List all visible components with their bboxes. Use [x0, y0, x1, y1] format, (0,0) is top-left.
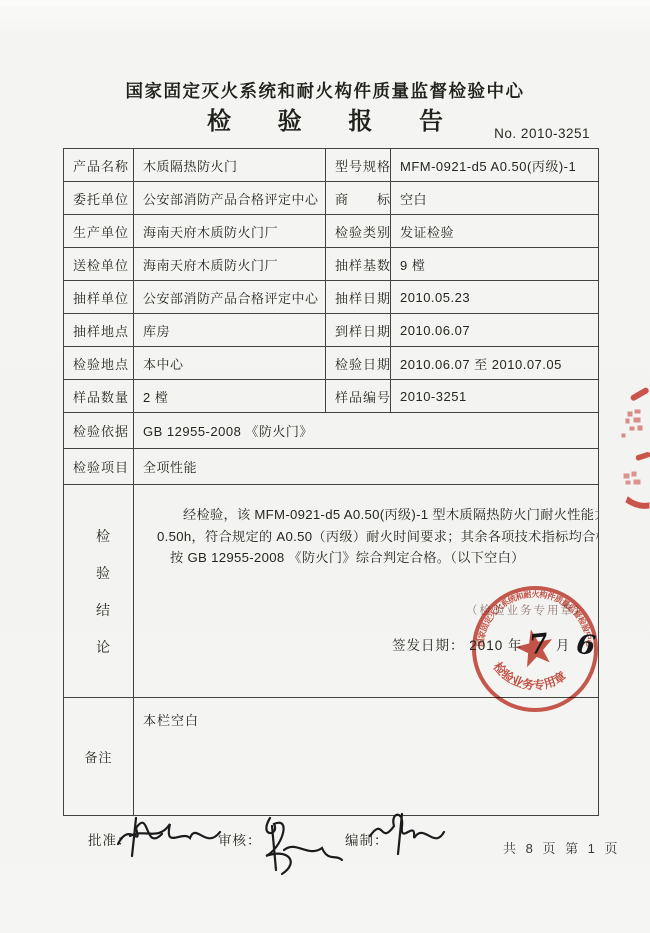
- table-row-basis: 检验依据 GB 12955-2008 《防火门》: [64, 413, 599, 449]
- field-value: 2010.06.07 至 2010.07.05: [391, 347, 599, 380]
- table-row: 生产单位 海南天府木质防火门厂 检验类别 发证检验: [64, 215, 599, 248]
- prepare-label: 编制：: [345, 829, 389, 849]
- handwritten-month: 7: [528, 628, 551, 661]
- sign-date-month-unit: 月: [556, 638, 571, 653]
- field-label: 生产单位: [64, 215, 134, 248]
- scan-edge: [0, 0, 650, 6]
- field-label: 型号规格: [326, 149, 391, 182]
- field-label: 检验日期: [326, 347, 391, 380]
- sign-date-line: 签发日期： 2010 年 7 月 6 日: [392, 626, 599, 657]
- field-label: 委托单位: [64, 182, 134, 215]
- report-number: No. 2010-3251: [494, 126, 590, 141]
- conclusion-label-char: 检: [96, 526, 110, 546]
- field-value: 海南天府木质防火门厂: [134, 215, 326, 248]
- table-row: 送检单位 海南天府木质防火门厂 抽样基数 9 樘: [64, 248, 599, 281]
- partial-stamp-fragment-icon: [608, 386, 650, 528]
- remark-cell: 本栏空白: [134, 698, 599, 816]
- field-value: 2 樘: [134, 380, 326, 413]
- field-value: GB 12955-2008 《防火门》: [134, 413, 599, 449]
- field-value: 2010.06.07: [391, 314, 599, 347]
- field-label: 检验项目: [64, 449, 134, 485]
- field-label: 检验依据: [64, 413, 134, 449]
- conclusion-label: 检 验 结 论: [64, 485, 134, 698]
- field-value: 海南天府木质防火门厂: [134, 248, 326, 281]
- table-row: 抽样单位 公安部消防产品合格评定中心 抽样日期 2010.05.23: [64, 281, 599, 314]
- field-label: 样品数量: [64, 380, 134, 413]
- field-value: 2010.05.23: [391, 281, 599, 314]
- page-number: 共 8 页 第 1 页: [503, 838, 621, 857]
- table-row: 样品数量 2 樘 样品编号 2010-3251: [64, 380, 599, 413]
- field-label: 送检单位: [64, 248, 134, 281]
- field-value: MFM-0921-d5 A0.50(丙级)-1: [391, 149, 599, 182]
- org-title: 国家固定灭火系统和耐火构件质量监督检验中心: [0, 78, 650, 103]
- review-label: 审核：: [218, 829, 262, 849]
- scanned-report-page: 国家固定灭火系统和耐火构件质量监督检验中心 检 验 报 告 No. 2010-3…: [0, 0, 650, 933]
- table-row-remark: 备注 本栏空白: [64, 698, 599, 816]
- field-label: 样品编号: [326, 380, 391, 413]
- remark-label: 备注: [64, 698, 134, 816]
- conclusion-label-char: 验: [96, 563, 110, 583]
- field-value: 全项性能: [134, 449, 599, 485]
- table-row: 抽样地点 库房 到样日期 2010.06.07: [64, 314, 599, 347]
- table-row: 检验地点 本中心 检验日期 2010.06.07 至 2010.07.05: [64, 347, 599, 380]
- field-label: 抽样地点: [64, 314, 134, 347]
- table-row-items: 检验项目 全项性能: [64, 449, 599, 485]
- field-label: 抽样基数: [326, 248, 391, 281]
- handwritten-day: 6: [575, 629, 599, 662]
- field-label: 抽样单位: [64, 281, 134, 314]
- table-row: 委托单位 公安部消防产品合格评定中心 商 标 空白: [64, 182, 599, 215]
- conclusion-label-char: 结: [96, 600, 110, 620]
- field-value: 库房: [134, 314, 326, 347]
- conclusion-line: 按 GB 12955-2008 《防火门》综合判定合格。（以下空白）: [157, 547, 586, 569]
- report-table: 产品名称 木质隔热防火门 型号规格 MFM-0921-d5 A0.50(丙级)-…: [63, 148, 599, 816]
- conclusion-cell: 经检验，该 MFM-0921-d5 A0.50(丙级)-1 型木质隔热防火门耐火…: [134, 485, 599, 698]
- field-label: 产品名称: [64, 149, 134, 182]
- stamp-overlay-label: （检验业务专用章）: [466, 602, 588, 618]
- sign-date-year: 2010 年: [469, 638, 522, 653]
- field-label: 到样日期: [326, 314, 391, 347]
- field-value: 本中心: [134, 347, 326, 380]
- table-row-conclusion: 检 验 结 论 经检验，该 MFM-0921-d5 A0.50(丙级)-1 型木…: [64, 485, 599, 698]
- conclusion-text: 经检验，该 MFM-0921-d5 A0.50(丙级)-1 型木质隔热防火门耐火…: [143, 485, 598, 569]
- reviewer-signature: [236, 812, 348, 886]
- field-label: 检验地点: [64, 347, 134, 380]
- field-value: 空白: [391, 182, 599, 215]
- approve-label: 批准：: [88, 829, 132, 849]
- conclusion-line: 经检验，该 MFM-0921-d5 A0.50(丙级)-1 型木质隔热防火门耐火…: [157, 504, 586, 526]
- remark-value: 本栏空白: [143, 698, 598, 729]
- sign-date-label: 签发日期：: [392, 638, 465, 653]
- field-value: 2010-3251: [391, 380, 599, 413]
- field-value: 公安部消防产品合格评定中心: [134, 281, 326, 314]
- field-label: 商 标: [326, 182, 391, 215]
- conclusion-label-char: 论: [96, 637, 110, 657]
- field-value: 9 樘: [391, 248, 599, 281]
- table-row: 产品名称 木质隔热防火门 型号规格 MFM-0921-d5 A0.50(丙级)-…: [64, 149, 599, 182]
- field-label: 检验类别: [326, 215, 391, 248]
- field-value: 发证检验: [391, 215, 599, 248]
- field-value: 公安部消防产品合格评定中心: [134, 182, 326, 215]
- field-label: 抽样日期: [326, 281, 391, 314]
- conclusion-line: 0.50h，符合规定的 A0.50（丙级）耐火时间要求；其余各项技术指标均合格。: [157, 526, 586, 548]
- field-value: 木质隔热防火门: [134, 149, 326, 182]
